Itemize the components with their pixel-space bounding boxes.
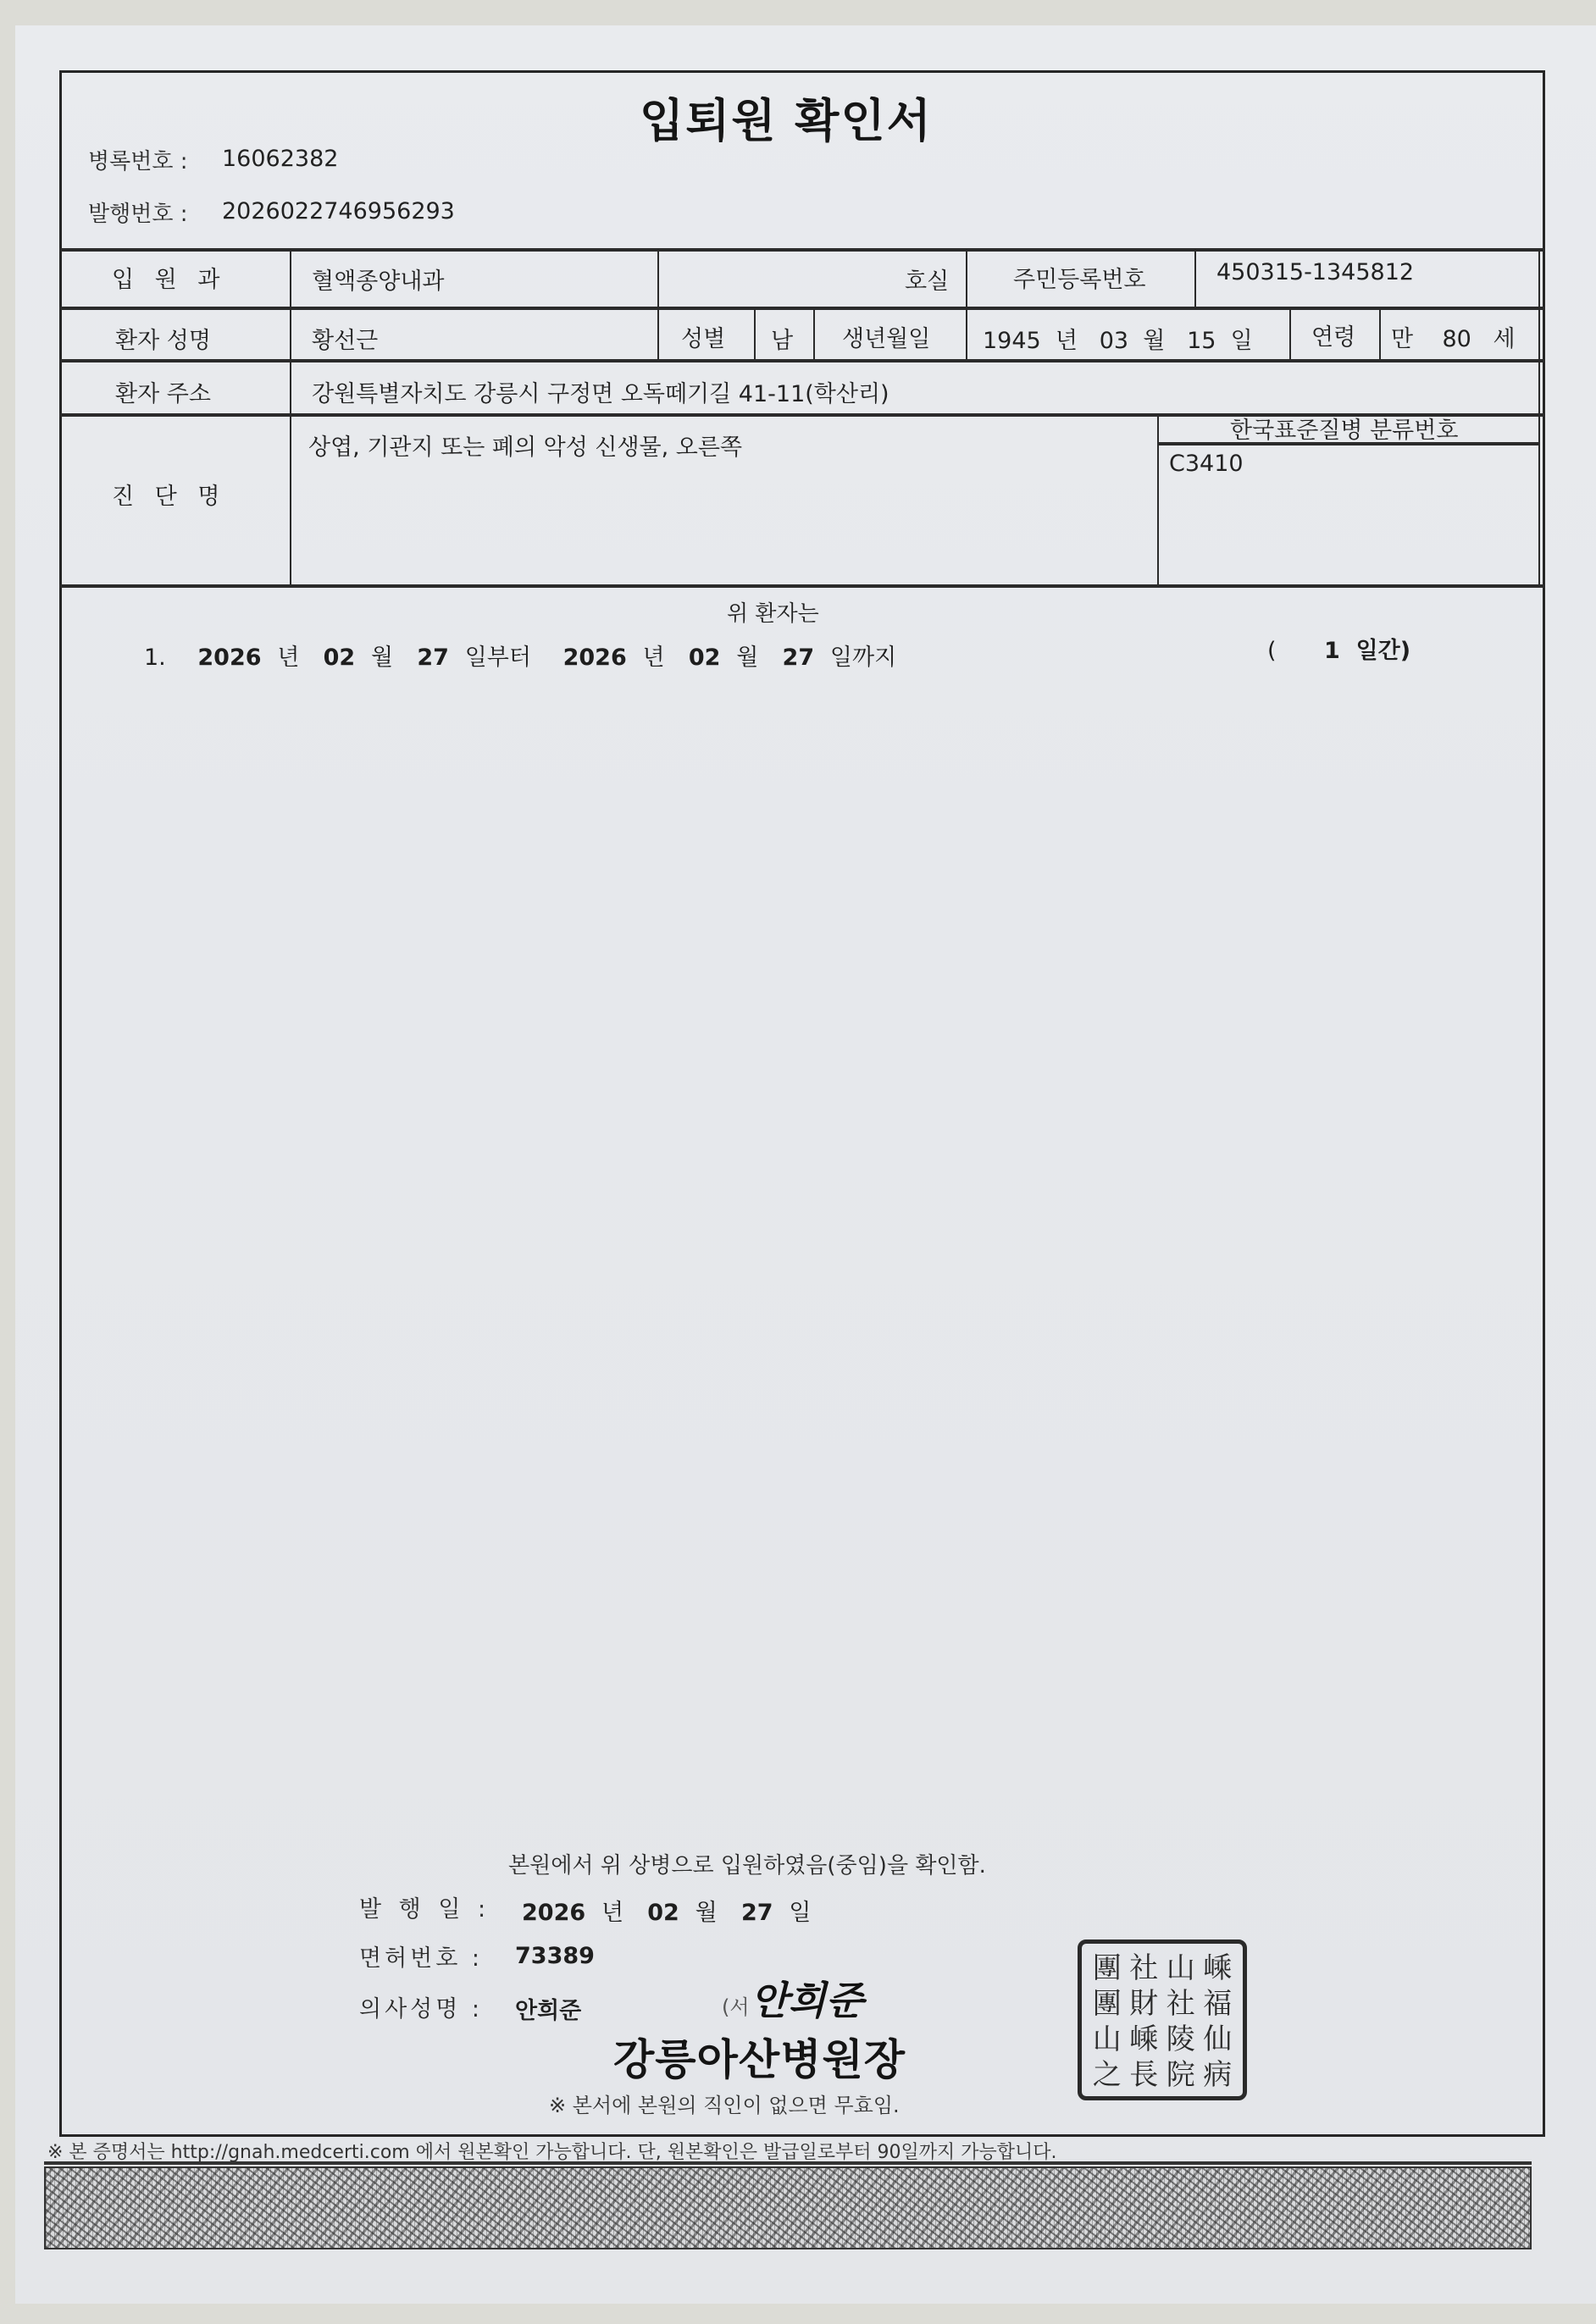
doctor-label: 의사성명 : — [359, 1990, 483, 2023]
table-right-edge — [1538, 250, 1540, 584]
days-close: 일간) — [1356, 638, 1411, 664]
seal-notice: ※ 본서에 본원의 직인이 없으면 무효임. — [549, 2089, 900, 2118]
days-open: ( — [1267, 638, 1277, 664]
col-divider — [754, 308, 756, 361]
age-label: 연령 — [1311, 318, 1355, 351]
doctor-name: 안희준 — [515, 1992, 581, 2025]
birth-month: 03 — [1100, 328, 1128, 354]
row-rule — [59, 307, 1545, 310]
seal-glyph: 病 — [1200, 2057, 1237, 2093]
address-value: 강원특별자치도 강릉시 구정면 오독떼기길 41-11(학산리) — [312, 375, 889, 408]
col-divider — [813, 308, 815, 361]
sex-value: 남 — [771, 322, 793, 355]
days-count: 1 — [1324, 638, 1340, 664]
label-col-divider — [290, 250, 291, 584]
col-divider — [1379, 308, 1381, 361]
sex-label: 성별 — [681, 320, 725, 353]
age-value: 만 80 세 — [1391, 320, 1516, 353]
age-prefix: 만 — [1391, 326, 1413, 352]
seal-glyph: 福 — [1200, 1986, 1237, 2022]
resident-no-value: 450315-1345812 — [1216, 259, 1414, 285]
row-rule — [59, 359, 1545, 362]
kcd-code: C3410 — [1169, 451, 1244, 477]
col-divider — [966, 250, 967, 360]
page-title: 입퇴원 확인서 — [640, 85, 933, 150]
seal-glyph: 長 — [1126, 2057, 1163, 2093]
day-unit: 일 — [789, 1900, 811, 1926]
from-day: 27 — [417, 645, 449, 671]
birth-year: 1945 — [983, 328, 1041, 354]
to-suffix: 일까지 — [830, 645, 896, 671]
seal-glyph: 山 — [1089, 2022, 1126, 2057]
day-unit: 일 — [1231, 328, 1253, 354]
col-divider — [657, 250, 659, 360]
department-value: 혈액종양내과 — [312, 263, 445, 296]
issue-month: 02 — [647, 1900, 679, 1926]
admission-period: 1. 2026 년 02 월 27 일부터 2026 년 02 월 27 일까지 — [144, 639, 896, 672]
signature-prefix: (서 — [722, 1990, 750, 2020]
seal-glyph: 財 — [1126, 1986, 1163, 2022]
kcd-label: 한국표준질병 분류번호 — [1230, 412, 1458, 445]
seal-glyph: 陵 — [1162, 2022, 1200, 2057]
diagnosis-label: 진 단 명 — [112, 478, 226, 511]
verification-notice: ※ 본 증명서는 http://gnah.medcerti.com 에서 원본확… — [47, 2138, 1056, 2164]
seal-glyph: 團 — [1089, 1986, 1126, 2022]
department-label: 입 원 과 — [112, 261, 226, 294]
year-unit: 년 — [643, 645, 665, 671]
address-label: 환자 주소 — [115, 375, 211, 408]
issue-date-value: 2026 년 02 월 27 일 — [522, 1894, 811, 1927]
issue-no-value: 2026022746956293 — [222, 198, 455, 224]
issue-year: 2026 — [522, 1900, 585, 1926]
official-seal: 團社山嵊團財社福山嵊陵仙之長院病 — [1078, 1939, 1247, 2100]
patient-name: 황선근 — [312, 322, 378, 355]
month-unit: 월 — [371, 645, 393, 671]
col-divider — [1194, 250, 1196, 307]
from-month: 02 — [324, 645, 356, 671]
period-intro: 위 환자는 — [727, 596, 819, 628]
seal-glyph: 之 — [1089, 2057, 1126, 2093]
record-no-value: 16062382 — [222, 146, 338, 172]
seal-glyph: 嵊 — [1200, 1951, 1237, 1986]
table-bottom-rule — [59, 584, 1545, 588]
birth-date: 1945 년 03 월 15 일 — [983, 322, 1253, 355]
birth-label: 생년월일 — [842, 320, 930, 353]
issue-day: 27 — [741, 1900, 773, 1926]
col-divider — [1289, 308, 1291, 361]
month-unit: 월 — [736, 645, 758, 671]
from-suffix: 일부터 — [465, 645, 531, 671]
to-day: 27 — [783, 645, 815, 671]
seal-glyph: 社 — [1126, 1951, 1163, 1986]
resident-no-label: 주민등록번호 — [1013, 261, 1146, 294]
period-index: 1. — [144, 645, 166, 671]
seal-glyph: 社 — [1162, 1986, 1200, 2022]
seal-glyph: 嵊 — [1126, 2022, 1163, 2057]
to-month: 02 — [689, 645, 721, 671]
confirmation-statement: 본원에서 위 상병으로 입원하였음(중임)을 확인함. — [508, 1848, 986, 1879]
year-unit: 년 — [277, 645, 299, 671]
seal-glyph: 院 — [1162, 2057, 1200, 2093]
from-year: 2026 — [197, 645, 261, 671]
age-number: 80 — [1442, 326, 1471, 352]
table-top-rule — [59, 248, 1545, 252]
seal-glyph: 團 — [1089, 1951, 1126, 1986]
issue-no-label: 발행번호 : — [88, 196, 188, 228]
year-unit: 년 — [601, 1900, 623, 1926]
doctor-signature: 안희준 — [751, 1970, 863, 2026]
age-unit: 세 — [1493, 326, 1516, 352]
security-pattern — [44, 2166, 1532, 2249]
footer-rule — [44, 2161, 1532, 2165]
to-year: 2026 — [563, 645, 627, 671]
record-no-label: 병록번호 : — [88, 144, 188, 175]
diagnosis-value: 상엽, 기관지 또는 폐의 악성 신생물, 오른쪽 — [308, 429, 742, 462]
kcd-col-divider — [1157, 415, 1159, 584]
license-label: 면허번호 : — [359, 1939, 483, 1973]
license-value: 73389 — [515, 1943, 595, 1969]
month-unit: 월 — [695, 1900, 718, 1926]
month-unit: 월 — [1143, 328, 1165, 354]
room-label: 호실 — [905, 263, 949, 296]
seal-glyph: 山 — [1162, 1951, 1200, 1986]
birth-day: 15 — [1187, 328, 1216, 354]
issue-date-label: 발 행 일 : — [359, 1890, 490, 1923]
name-label: 환자 성명 — [115, 322, 211, 355]
hospital-director: 강릉아산병원장 — [613, 2026, 906, 2087]
year-unit: 년 — [1056, 328, 1078, 354]
period-days: ( 1 일간) — [1267, 632, 1410, 665]
seal-glyph: 仙 — [1200, 2022, 1237, 2057]
